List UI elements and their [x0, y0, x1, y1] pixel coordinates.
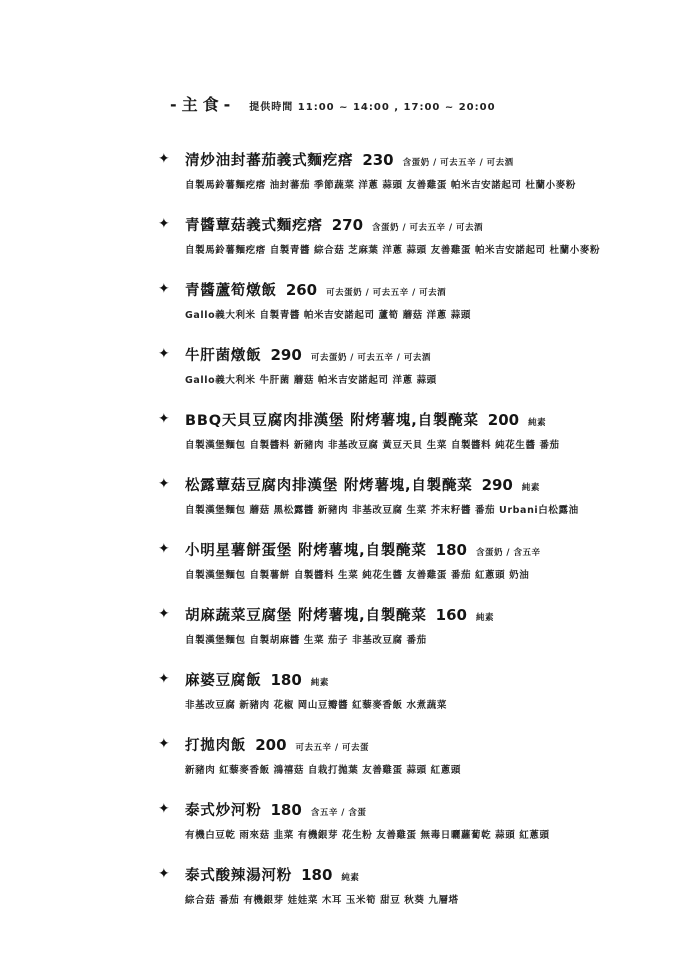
- star-icon: ✦: [158, 474, 185, 494]
- item-tags: 純素: [311, 676, 329, 688]
- item-tags: 含蛋奶 / 可去五辛 / 可去酒: [403, 156, 514, 168]
- item-tags: 可去蛋奶 / 可去五辛 / 可去酒: [326, 286, 446, 298]
- menu-item-body: 青醬蘆筍燉飯 260 可去蛋奶 / 可去五辛 / 可去酒 Gallo義大利米 自…: [185, 279, 638, 321]
- star-icon: ✦: [158, 799, 185, 819]
- menu-page: -主食- 提供時間 11:00 ~ 14:00 , 17:00 ~ 20:00 …: [158, 92, 638, 929]
- menu-item: ✦ BBQ天貝豆腐肉排漢堡 附烤薯塊,自製醃菜 200 純素 自製漢堡麵包 自製…: [158, 409, 638, 451]
- item-description: 自製漢堡麵包 自製醬料 新豬肉 非基改豆腐 黃豆天貝 生菜 自製醬料 純花生醬 …: [185, 437, 638, 451]
- menu-item: ✦ 牛肝菌燉飯 290 可去蛋奶 / 可去五辛 / 可去酒 Gallo義大利米 …: [158, 344, 638, 386]
- menu-item-body: BBQ天貝豆腐肉排漢堡 附烤薯塊,自製醃菜 200 純素 自製漢堡麵包 自製醬料…: [185, 409, 638, 451]
- menu-item-body: 小明星薯餅蛋堡 附烤薯塊,自製醃菜 180 含蛋奶 / 含五辛 自製漢堡麵包 自…: [185, 539, 638, 581]
- item-price: 180: [436, 541, 467, 559]
- menu-item: ✦ 松露蕈菇豆腐肉排漢堡 附烤薯塊,自製醃菜 290 純素 自製漢堡麵包 蘑菇 …: [158, 474, 638, 516]
- menu-item-titleline: 青醬蕈菇義式麵疙瘩 270 含蛋奶 / 可去五辛 / 可去酒: [185, 214, 638, 235]
- menu-item-body: 青醬蕈菇義式麵疙瘩 270 含蛋奶 / 可去五辛 / 可去酒 自製馬鈴薯麵疙瘩 …: [185, 214, 638, 256]
- menu-item: ✦ 小明星薯餅蛋堡 附烤薯塊,自製醃菜 180 含蛋奶 / 含五辛 自製漢堡麵包…: [158, 539, 638, 581]
- menu-item-titleline: 打拋肉飯 200 可去五辛 / 可去蛋: [185, 734, 638, 755]
- menu-item-titleline: 牛肝菌燉飯 290 可去蛋奶 / 可去五辛 / 可去酒: [185, 344, 638, 365]
- item-description: 自製馬鈴薯麵疙瘩 油封蕃茄 季節蔬菜 洋蔥 蒜頭 友善雞蛋 帕米吉安諾起司 杜蘭…: [185, 177, 638, 191]
- item-description: 新豬肉 紅藜麥香飯 鴻禧菇 自栽打拋葉 友善雞蛋 蒜頭 紅蔥頭: [185, 762, 638, 776]
- menu-item-body: 松露蕈菇豆腐肉排漢堡 附烤薯塊,自製醃菜 290 純素 自製漢堡麵包 蘑菇 黑松…: [185, 474, 638, 516]
- star-icon: ✦: [158, 149, 185, 169]
- menu-item-titleline: 青醬蘆筍燉飯 260 可去蛋奶 / 可去五辛 / 可去酒: [185, 279, 638, 300]
- item-title: 清炒油封蕃茄義式麵疙瘩: [185, 149, 353, 170]
- item-title: 麻婆豆腐飯: [185, 669, 262, 690]
- item-title: 松露蕈菇豆腐肉排漢堡 附烤薯塊,自製醃菜: [185, 474, 473, 495]
- menu-item-body: 泰式酸辣湯河粉 180 純素 綜合菇 番茄 有機銀芽 娃娃菜 木耳 玉米筍 甜豆…: [185, 864, 638, 906]
- menu-item-titleline: 泰式酸辣湯河粉 180 純素: [185, 864, 638, 885]
- menu-item-titleline: BBQ天貝豆腐肉排漢堡 附烤薯塊,自製醃菜 200 純素: [185, 409, 638, 430]
- menu-item: ✦ 打拋肉飯 200 可去五辛 / 可去蛋 新豬肉 紅藜麥香飯 鴻禧菇 自栽打拋…: [158, 734, 638, 776]
- item-description: Gallo義大利米 牛肝菌 蘑菇 帕米吉安諾起司 洋蔥 蒜頭: [185, 372, 638, 386]
- item-tags: 純素: [528, 416, 546, 428]
- menu-item-body: 泰式炒河粉 180 含五辛 / 含蛋 有機白豆乾 雨來菇 韭菜 有機銀芽 花生粉…: [185, 799, 638, 841]
- item-tags: 純素: [522, 481, 540, 493]
- menu-item-titleline: 麻婆豆腐飯 180 純素: [185, 669, 638, 690]
- menu-item: ✦ 青醬蕈菇義式麵疙瘩 270 含蛋奶 / 可去五辛 / 可去酒 自製馬鈴薯麵疙…: [158, 214, 638, 256]
- star-icon: ✦: [158, 604, 185, 624]
- item-price: 180: [301, 866, 332, 884]
- item-title: 泰式炒河粉: [185, 799, 262, 820]
- menu-item: ✦ 青醬蘆筍燉飯 260 可去蛋奶 / 可去五辛 / 可去酒 Gallo義大利米…: [158, 279, 638, 321]
- item-description: 自製漢堡麵包 自製胡麻醬 生菜 茄子 非基改豆腐 番茄: [185, 632, 638, 646]
- menu-item-titleline: 胡麻蔬菜豆腐堡 附烤薯塊,自製醃菜 160 純素: [185, 604, 638, 625]
- item-description: Gallo義大利米 自製青醬 帕米吉安諾起司 蘆筍 蘑菇 洋蔥 蒜頭: [185, 307, 638, 321]
- item-tags: 含五辛 / 含蛋: [311, 806, 367, 818]
- item-title: 打拋肉飯: [185, 734, 246, 755]
- item-tags: 可去蛋奶 / 可去五辛 / 可去酒: [311, 351, 431, 363]
- menu-item-body: 麻婆豆腐飯 180 純素 非基改豆腐 新豬肉 花椒 岡山豆瓣醬 紅藜麥香飯 水煮…: [185, 669, 638, 711]
- star-icon: ✦: [158, 669, 185, 689]
- item-description: 自製漢堡麵包 蘑菇 黑松露醬 新豬肉 非基改豆腐 生菜 芥末籽醬 番茄 Urba…: [185, 502, 638, 516]
- item-description: 有機白豆乾 雨來菇 韭菜 有機銀芽 花生粉 友善雞蛋 無毒日曬蘿蔔乾 蒜頭 紅蔥…: [185, 827, 638, 841]
- star-icon: ✦: [158, 539, 185, 559]
- item-title: 牛肝菌燉飯: [185, 344, 262, 365]
- item-title: 泰式酸辣湯河粉: [185, 864, 292, 885]
- item-price: 200: [488, 411, 519, 429]
- item-tags: 含蛋奶 / 含五辛: [476, 546, 541, 558]
- star-icon: ✦: [158, 864, 185, 884]
- menu-item: ✦ 胡麻蔬菜豆腐堡 附烤薯塊,自製醃菜 160 純素 自製漢堡麵包 自製胡麻醬 …: [158, 604, 638, 646]
- item-description: 自製馬鈴薯麵疙瘩 自製青醬 綜合菇 芝麻葉 洋蔥 蒜頭 友善雞蛋 帕米吉安諾起司…: [185, 242, 638, 256]
- item-price: 160: [436, 606, 467, 624]
- item-title: 青醬蕈菇義式麵疙瘩: [185, 214, 323, 235]
- item-title: 胡麻蔬菜豆腐堡 附烤薯塊,自製醃菜: [185, 604, 427, 625]
- menu-item-body: 胡麻蔬菜豆腐堡 附烤薯塊,自製醃菜 160 純素 自製漢堡麵包 自製胡麻醬 生菜…: [185, 604, 638, 646]
- item-description: 綜合菇 番茄 有機銀芽 娃娃菜 木耳 玉米筍 甜豆 秋葵 九層塔: [185, 892, 638, 906]
- menu-item: ✦ 麻婆豆腐飯 180 純素 非基改豆腐 新豬肉 花椒 岡山豆瓣醬 紅藜麥香飯 …: [158, 669, 638, 711]
- item-price: 180: [271, 671, 302, 689]
- menu-item-body: 牛肝菌燉飯 290 可去蛋奶 / 可去五辛 / 可去酒 Gallo義大利米 牛肝…: [185, 344, 638, 386]
- star-icon: ✦: [158, 344, 185, 364]
- item-description: 非基改豆腐 新豬肉 花椒 岡山豆瓣醬 紅藜麥香飯 水煮蔬菜: [185, 697, 638, 711]
- star-icon: ✦: [158, 734, 185, 754]
- menu-item: ✦ 泰式炒河粉 180 含五辛 / 含蛋 有機白豆乾 雨來菇 韭菜 有機銀芽 花…: [158, 799, 638, 841]
- menu-item-titleline: 泰式炒河粉 180 含五辛 / 含蛋: [185, 799, 638, 820]
- item-price: 180: [271, 801, 302, 819]
- star-icon: ✦: [158, 279, 185, 299]
- menu-item-titleline: 清炒油封蕃茄義式麵疙瘩 230 含蛋奶 / 可去五辛 / 可去酒: [185, 149, 638, 170]
- menu-header: -主食- 提供時間 11:00 ~ 14:00 , 17:00 ~ 20:00: [170, 92, 638, 115]
- item-tags: 可去五辛 / 可去蛋: [296, 741, 370, 753]
- menu-item: ✦ 清炒油封蕃茄義式麵疙瘩 230 含蛋奶 / 可去五辛 / 可去酒 自製馬鈴薯…: [158, 149, 638, 191]
- menu-item-titleline: 小明星薯餅蛋堡 附烤薯塊,自製醃菜 180 含蛋奶 / 含五辛: [185, 539, 638, 560]
- item-tags: 純素: [341, 871, 359, 883]
- item-price: 270: [332, 216, 363, 234]
- item-title: BBQ天貝豆腐肉排漢堡 附烤薯塊,自製醃菜: [185, 409, 479, 430]
- section-title: -主食-: [170, 92, 235, 115]
- menu-list: ✦ 清炒油封蕃茄義式麵疙瘩 230 含蛋奶 / 可去五辛 / 可去酒 自製馬鈴薯…: [158, 149, 638, 906]
- item-price: 230: [362, 151, 393, 169]
- item-price: 290: [271, 346, 302, 364]
- item-price: 260: [286, 281, 317, 299]
- item-price: 290: [482, 476, 513, 494]
- item-price: 200: [255, 736, 286, 754]
- item-title: 青醬蘆筍燉飯: [185, 279, 277, 300]
- star-icon: ✦: [158, 214, 185, 234]
- menu-item-titleline: 松露蕈菇豆腐肉排漢堡 附烤薯塊,自製醃菜 290 純素: [185, 474, 638, 495]
- serving-hours: 提供時間 11:00 ~ 14:00 , 17:00 ~ 20:00: [249, 98, 495, 113]
- menu-item: ✦ 泰式酸辣湯河粉 180 純素 綜合菇 番茄 有機銀芽 娃娃菜 木耳 玉米筍 …: [158, 864, 638, 906]
- item-description: 自製漢堡麵包 自製薯餅 自製醬料 生菜 純花生醬 友善雞蛋 番茄 紅蔥頭 奶油: [185, 567, 638, 581]
- item-title: 小明星薯餅蛋堡 附烤薯塊,自製醃菜: [185, 539, 427, 560]
- menu-item-body: 打拋肉飯 200 可去五辛 / 可去蛋 新豬肉 紅藜麥香飯 鴻禧菇 自栽打拋葉 …: [185, 734, 638, 776]
- star-icon: ✦: [158, 409, 185, 429]
- menu-item-body: 清炒油封蕃茄義式麵疙瘩 230 含蛋奶 / 可去五辛 / 可去酒 自製馬鈴薯麵疙…: [185, 149, 638, 191]
- item-tags: 純素: [476, 611, 494, 623]
- item-tags: 含蛋奶 / 可去五辛 / 可去酒: [372, 221, 483, 233]
